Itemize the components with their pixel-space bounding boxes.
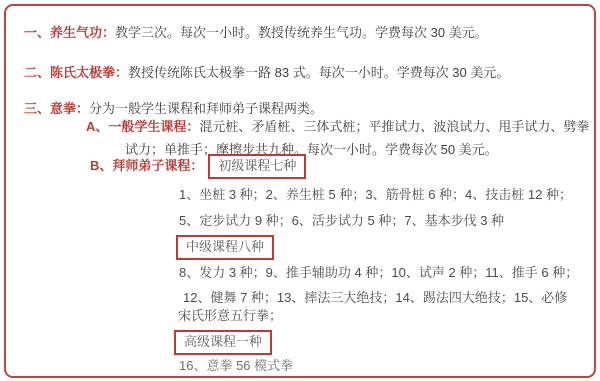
beginner-level-box: 初级课程七种 (208, 154, 306, 179)
sub-b-line: B、拜师弟子课程： 初级课程七种 (90, 154, 306, 179)
section-2-body: 教授传统陈氏太极拳一路 83 式。每次一小时。学费每次 30 美元。 (128, 65, 509, 80)
intermediate-list-line-3: 宋氏形意五行拳； (178, 308, 282, 325)
advanced-list-line-1: 16、意拳 56 模式拳 (179, 358, 293, 375)
sub-a-line-1: A、一般学生课程：混元桩、矛盾桩、三体式桩；平推试力、波浪试力、甩手试力、劈拳 (86, 119, 589, 136)
intermediate-item-15-continued: 宋氏形意五行拳； (178, 308, 282, 323)
intermediate-list-line-2: 12、健舞 7 种；13、摔法三大绝技；14、踢法四大绝技；15、必修 (183, 290, 567, 307)
advanced-level-box-row: 高级课程一种 (174, 330, 272, 355)
beginner-list-line-2: 5、定步试力 9 种；6、活步试力 5 种；7、基本步伐 3 种 (179, 213, 504, 230)
sub-b-label: B、拜师弟子课程： (90, 158, 203, 175)
section-2-heading: 二、陈氏太极拳： (24, 65, 128, 80)
section-3-heading: 三、意拳： (24, 101, 89, 116)
section-1: 一、养生气功：教学三次。每次一小时。教授传统养生气功。学费每次 30 美元。 (24, 25, 488, 42)
intermediate-level-box: 中级课程八种 (176, 235, 274, 260)
section-1-heading: 一、养生气功： (24, 25, 115, 40)
intermediate-items-8-11: 8、发力 3 种；9、推手辅助功 4 种；10、试声 2 种；11、推手 6 种… (179, 265, 578, 280)
section-3-body: 分为一般学生课程和拜师弟子课程两类。 (89, 101, 323, 116)
beginner-items-5-7: 5、定步试力 9 种；6、活步试力 5 种；7、基本步伐 3 种 (179, 213, 504, 228)
sub-a-text-1: 混元桩、矛盾桩、三体式桩；平推试力、波浪试力、甩手试力、劈拳 (199, 119, 589, 134)
sub-a-label: A、一般学生课程： (86, 119, 199, 134)
beginner-items-1-4: 1、坐桩 3 种；2、养生桩 5 种；3、筋骨桩 6 种；4、技击桩 12 种； (179, 187, 572, 202)
intermediate-level-box-row: 中级课程八种 (176, 235, 274, 260)
advanced-level-box: 高级课程一种 (174, 330, 272, 355)
document-page: 一、养生气功：教学三次。每次一小时。教授传统养生气功。学费每次 30 美元。 二… (4, 4, 596, 378)
advanced-item-16: 16、意拳 56 模式拳 (179, 358, 293, 373)
section-3: 三、意拳：分为一般学生课程和拜师弟子课程两类。 (24, 101, 323, 118)
beginner-list-line-1: 1、坐桩 3 种；2、养生桩 5 种；3、筋骨桩 6 种；4、技击桩 12 种； (179, 187, 572, 204)
intermediate-items-12-15: 12、健舞 7 种；13、摔法三大绝技；14、踢法四大绝技；15、必修 (183, 290, 567, 305)
section-2: 二、陈氏太极拳：教授传统陈氏太极拳一路 83 式。每次一小时。学费每次 30 美… (24, 65, 509, 82)
section-1-body: 教学三次。每次一小时。教授传统养生气功。学费每次 30 美元。 (115, 25, 488, 40)
intermediate-list-line-1: 8、发力 3 种；9、推手辅助功 4 种；10、试声 2 种；11、推手 6 种… (179, 265, 578, 282)
